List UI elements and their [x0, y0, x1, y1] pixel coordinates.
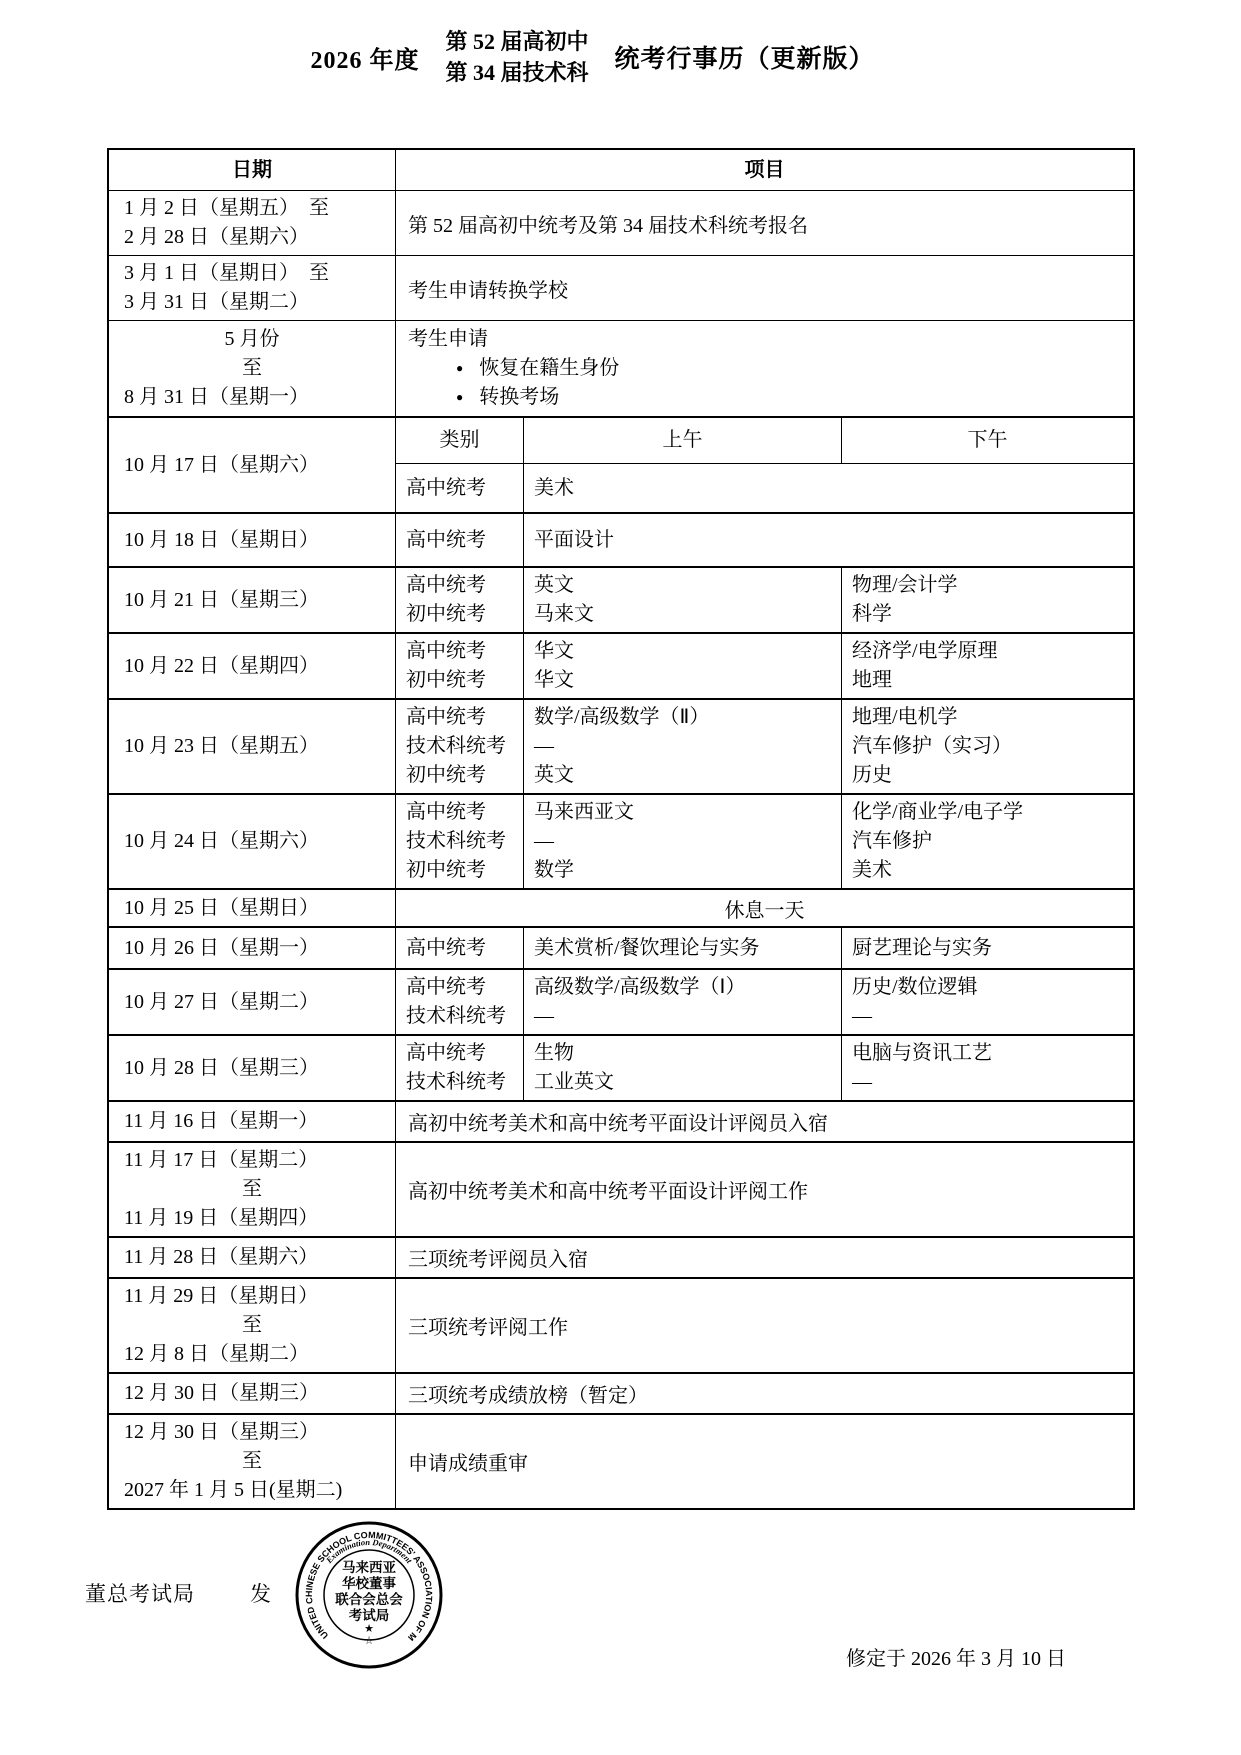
- date-line: 11 月 28 日（星期六）: [109, 1243, 395, 1272]
- date-cell: 10 月 25 日（星期日）: [109, 890, 396, 926]
- project-cell: 高中统考 技术科统考 初中统考 马来西亚文 — 数学 化学/商业学/电子学 汽车…: [396, 795, 1133, 888]
- subject-text: 数学: [534, 856, 841, 885]
- subject-text: 美术赏析/餐饮理论与实务: [534, 934, 841, 963]
- afternoon-cell: 地理/电机学 汽车修护（实习） 历史: [842, 700, 1133, 793]
- title-session-block: 第 52 届高初中 第 34 届技术科: [445, 26, 588, 88]
- date-line: 至: [109, 354, 395, 383]
- project-cell: 高中统考 技术科统考 生物 工业英文 电脑与资讯工艺 —: [396, 1036, 1133, 1100]
- date-cell: 11 月 17 日（星期二） 至 11 月 19 日（星期四）: [109, 1143, 396, 1236]
- subject-text: 华文: [534, 666, 841, 695]
- morning-cell: 华文 华文: [524, 634, 842, 698]
- table-row: 10 月 21 日（星期三） 高中统考 初中统考 英文 马来文 物理/会计学 科…: [109, 566, 1133, 632]
- subject-text: 历史: [852, 761, 1133, 790]
- date-line: 2 月 28 日（星期六）: [109, 223, 395, 252]
- category-cell: 高中统考: [396, 514, 524, 566]
- project-cell: 申请成绩重审: [396, 1415, 1133, 1508]
- morning-cell: 数学/高级数学（Ⅱ） — 英文: [524, 700, 842, 793]
- project-text: 申请成绩重审: [408, 1447, 528, 1476]
- date-line: 至: [109, 1447, 395, 1476]
- project-cell: 高中统考 技术科统考 高级数学/高级数学（Ⅰ） — 历史/数位逻辑 —: [396, 970, 1133, 1034]
- date-line: 8 月 31 日（星期一）: [109, 383, 395, 412]
- subject-text: 英文: [534, 571, 841, 600]
- project-cell: 考生申请 恢复在籍生身份 转换考场: [396, 321, 1133, 416]
- morning-cell: 美术: [524, 464, 1133, 512]
- project-cell: 类别 上午 下午 高中统考 美术: [396, 418, 1133, 512]
- subject-text: 马来西亚文: [534, 798, 841, 827]
- date-cell: 3 月 1 日（星期日） 至 3 月 31 日（星期二）: [109, 256, 396, 320]
- project-text: 三项统考成绩放榜（暂定）: [408, 1379, 648, 1408]
- project-cell: 高初中统考美术和高中统考平面设计评阅工作: [396, 1143, 1133, 1236]
- category-cell: 高中统考 初中统考: [396, 568, 524, 632]
- date-line: 至: [109, 1311, 395, 1340]
- title-session-line1: 第 52 届高初中: [445, 26, 588, 57]
- subject-text: 美术: [534, 474, 1133, 503]
- subject-text: —: [534, 1002, 841, 1031]
- date-cell: 10 月 17 日（星期六）: [109, 418, 396, 512]
- morning-cell: 美术赏析/餐饮理论与实务: [524, 928, 842, 968]
- issue-label: 发: [250, 1582, 272, 1606]
- category-cell: 高中统考: [396, 464, 524, 512]
- category-cell: 高中统考: [396, 928, 524, 968]
- category-text: 初中统考: [406, 600, 523, 629]
- date-line: 10 月 23 日（星期五）: [109, 732, 395, 761]
- category-text: 技术科统考: [406, 1068, 523, 1097]
- project-cell: 考生申请转换学校: [396, 256, 1133, 320]
- subject-text: 地理/电机学: [852, 703, 1133, 732]
- table-row: 10 月 26 日（星期一） 高中统考 美术赏析/餐饮理论与实务 厨艺理论与实务: [109, 926, 1133, 968]
- date-line: 10 月 25 日（星期日）: [109, 894, 395, 923]
- project-text: 考生申请: [408, 325, 1133, 354]
- title-suffix: 统考行事历（更新版）: [615, 39, 875, 75]
- seal-graphic: UNITED CHINESE SCHOOL COMMITTEES' ASSOCI…: [292, 1518, 446, 1672]
- category-text: 技术科统考: [406, 827, 523, 856]
- project-cell: 第 52 届高初中统考及第 34 届技术科统考报名: [396, 191, 1133, 255]
- header-date: 日期: [109, 150, 396, 190]
- exam-subheader-row: 类别 上午 下午: [396, 418, 1133, 464]
- morning-cell: 高级数学/高级数学（Ⅰ） —: [524, 970, 842, 1034]
- date-line: 2027 年 1 月 5 日(星期二): [109, 1476, 395, 1505]
- table-row: 3 月 1 日（星期日） 至 3 月 31 日（星期二） 考生申请转换学校: [109, 255, 1133, 320]
- table-row: 10 月 22 日（星期四） 高中统考 初中统考 华文 华文 经济学/电学原理 …: [109, 632, 1133, 698]
- date-line: 1 月 2 日（星期五） 至: [109, 194, 395, 223]
- date-line: 10 月 21 日（星期三）: [109, 586, 395, 615]
- category-text: 高中统考: [406, 526, 523, 555]
- seal-center-line: 马来西亚: [342, 1559, 396, 1575]
- subject-text: 电脑与资讯工艺: [852, 1039, 1133, 1068]
- project-text: 高初中统考美术和高中统考平面设计评阅工作: [408, 1175, 808, 1204]
- subject-text: 马来文: [534, 600, 841, 629]
- subheader-category: 类别: [396, 418, 524, 463]
- date-cell: 10 月 23 日（星期五）: [109, 700, 396, 793]
- category-text: 高中统考: [406, 934, 523, 963]
- category-cell: 高中统考 技术科统考 初中统考: [396, 795, 524, 888]
- date-cell: 10 月 21 日（星期三）: [109, 568, 396, 632]
- date-line: 11 月 17 日（星期二）: [109, 1146, 395, 1175]
- date-line: 5 月份: [109, 325, 395, 354]
- subject-text: 物理/会计学: [852, 571, 1133, 600]
- table-row: 11 月 17 日（星期二） 至 11 月 19 日（星期四） 高初中统考美术和…: [109, 1141, 1133, 1236]
- seal-star-outline-icon: ☆: [364, 1635, 374, 1647]
- date-line: 12 月 30 日（星期三）: [109, 1379, 395, 1408]
- table-row: 11 月 28 日（星期六） 三项统考评阅员入宿: [109, 1236, 1133, 1277]
- date-cell: 10 月 27 日（星期二）: [109, 970, 396, 1034]
- project-cell: 高中统考 初中统考 华文 华文 经济学/电学原理 地理: [396, 634, 1133, 698]
- project-text: 三项统考评阅员入宿: [408, 1243, 588, 1272]
- examination-department-seal: UNITED CHINESE SCHOOL COMMITTEES' ASSOCI…: [292, 1518, 446, 1672]
- document-title: 2026 年度 第 52 届高初中 第 34 届技术科 统考行事历（更新版）: [0, 26, 1213, 88]
- date-line: 至: [109, 1175, 395, 1204]
- title-year: 2026 年度: [310, 40, 419, 75]
- date-cell: 12 月 30 日（星期三） 至 2027 年 1 月 5 日(星期二): [109, 1415, 396, 1508]
- subject-text: 汽车修护（实习）: [852, 732, 1133, 761]
- calendar-table: 日期 项目 1 月 2 日（星期五） 至 2 月 28 日（星期六） 第 52 …: [107, 148, 1135, 1510]
- date-line: 10 月 17 日（星期六）: [109, 451, 395, 480]
- category-text: 高中统考: [406, 637, 523, 666]
- seal-center-line: 华校董事: [342, 1575, 396, 1591]
- bullet-item: 恢复在籍生身份: [408, 354, 1133, 383]
- category-cell: 高中统考 技术科统考: [396, 970, 524, 1034]
- afternoon-cell: 化学/商业学/电子学 汽车修护 美术: [842, 795, 1133, 888]
- table-row: 10 月 24 日（星期六） 高中统考 技术科统考 初中统考 马来西亚文 — 数…: [109, 793, 1133, 888]
- project-cell: 高中统考 技术科统考 初中统考 数学/高级数学（Ⅱ） — 英文 地理/电机学 汽…: [396, 700, 1133, 793]
- category-text: 技术科统考: [406, 1002, 523, 1031]
- table-row: 10 月 27 日（星期二） 高中统考 技术科统考 高级数学/高级数学（Ⅰ） —…: [109, 968, 1133, 1034]
- date-cell: 10 月 28 日（星期三）: [109, 1036, 396, 1100]
- category-text: 初中统考: [406, 666, 523, 695]
- seal-center-line: 联合会总会: [335, 1591, 403, 1607]
- project-cell: 休息一天: [396, 890, 1133, 926]
- category-text: 高中统考: [406, 474, 523, 503]
- category-text: 技术科统考: [406, 732, 523, 761]
- title-session-line2: 第 34 届技术科: [445, 57, 588, 88]
- project-text: 高初中统考美术和高中统考平面设计评阅员入宿: [408, 1107, 828, 1136]
- date-cell: 10 月 22 日（星期四）: [109, 634, 396, 698]
- header-project: 项目: [396, 150, 1133, 190]
- table-row: 12 月 30 日（星期三） 至 2027 年 1 月 5 日(星期二) 申请成…: [109, 1413, 1133, 1508]
- category-text: 高中统考: [406, 798, 523, 827]
- date-line: 12 月 30 日（星期三）: [109, 1418, 395, 1447]
- subject-text: 高级数学/高级数学（Ⅰ）: [534, 973, 841, 1002]
- morning-cell: 马来西亚文 — 数学: [524, 795, 842, 888]
- subject-text: 厨艺理论与实务: [852, 934, 1133, 963]
- date-line: 10 月 27 日（星期二）: [109, 988, 395, 1017]
- date-line: 10 月 26 日（星期一）: [109, 934, 395, 963]
- afternoon-cell: 厨艺理论与实务: [842, 928, 1133, 968]
- afternoon-cell: 电脑与资讯工艺 —: [842, 1036, 1133, 1100]
- bullet-item: 转换考场: [408, 383, 1133, 412]
- table-row: 10 月 28 日（星期三） 高中统考 技术科统考 生物 工业英文 电脑与资讯工…: [109, 1034, 1133, 1100]
- subject-text: 地理: [852, 666, 1133, 695]
- morning-cell: 生物 工业英文: [524, 1036, 842, 1100]
- table-row: 10 月 23 日（星期五） 高中统考 技术科统考 初中统考 数学/高级数学（Ⅱ…: [109, 698, 1133, 793]
- subject-text: 科学: [852, 600, 1133, 629]
- category-text: 高中统考: [406, 1039, 523, 1068]
- category-cell: 高中统考 技术科统考: [396, 1036, 524, 1100]
- project-cell: 高初中统考美术和高中统考平面设计评阅员入宿: [396, 1102, 1133, 1141]
- subject-text: —: [534, 732, 841, 761]
- subject-text: —: [852, 1068, 1133, 1097]
- category-text: 高中统考: [406, 703, 523, 732]
- category-cell: 高中统考 技术科统考 初中统考: [396, 700, 524, 793]
- date-line: 3 月 1 日（星期日） 至: [109, 259, 395, 288]
- subject-text: —: [852, 1002, 1133, 1031]
- date-cell: 10 月 24 日（星期六）: [109, 795, 396, 888]
- morning-cell: 英文 马来文: [524, 568, 842, 632]
- category-cell: 高中统考 初中统考: [396, 634, 524, 698]
- subject-text: 平面设计: [534, 526, 1133, 555]
- project-cell: 三项统考评阅员入宿: [396, 1238, 1133, 1277]
- subject-text: 生物: [534, 1039, 841, 1068]
- date-line: 10 月 18 日（星期日）: [109, 526, 395, 555]
- date-line: 10 月 24 日（星期六）: [109, 827, 395, 856]
- project-cell: 三项统考成绩放榜（暂定）: [396, 1374, 1133, 1413]
- table-row: 11 月 29 日（星期日） 至 12 月 8 日（星期二） 三项统考评阅工作: [109, 1277, 1133, 1372]
- subheader-afternoon: 下午: [842, 418, 1133, 463]
- afternoon-cell: 物理/会计学 科学: [842, 568, 1133, 632]
- date-line: 12 月 8 日（星期二）: [109, 1340, 395, 1369]
- date-cell: 5 月份 至 8 月 31 日（星期一）: [109, 321, 396, 416]
- date-cell: 11 月 16 日（星期一）: [109, 1102, 396, 1141]
- date-line: 11 月 16 日（星期一）: [109, 1107, 395, 1136]
- project-text: 考生申请转换学校: [408, 274, 568, 303]
- date-line: 11 月 29 日（星期日）: [109, 1282, 395, 1311]
- project-cell: 高中统考 美术赏析/餐饮理论与实务 厨艺理论与实务: [396, 928, 1133, 968]
- category-text: 初中统考: [406, 856, 523, 885]
- category-text: 初中统考: [406, 761, 523, 790]
- project-text: 第 52 届高初中统考及第 34 届技术科统考报名: [408, 209, 808, 238]
- table-row: 10 月 25 日（星期日） 休息一天: [109, 888, 1133, 926]
- project-text: 三项统考评阅工作: [408, 1311, 568, 1340]
- table-row: 12 月 30 日（星期三） 三项统考成绩放榜（暂定）: [109, 1372, 1133, 1413]
- date-cell: 11 月 29 日（星期日） 至 12 月 8 日（星期二）: [109, 1279, 396, 1372]
- issuer-line: 董总考试局发: [85, 1578, 272, 1608]
- subject-text: 经济学/电学原理: [852, 637, 1133, 666]
- seal-star-filled-icon: ★: [364, 1623, 374, 1635]
- table-row: 5 月份 至 8 月 31 日（星期一） 考生申请 恢复在籍生身份 转换考场: [109, 320, 1133, 416]
- revision-date: 修定于 2026 年 3 月 10 日: [846, 1642, 1066, 1671]
- subject-text: 华文: [534, 637, 841, 666]
- exam-content-row: 高中统考 美术: [396, 464, 1133, 512]
- project-cell: 高中统考 初中统考 英文 马来文 物理/会计学 科学: [396, 568, 1133, 632]
- date-line: 10 月 28 日（星期三）: [109, 1054, 395, 1083]
- afternoon-cell: 经济学/电学原理 地理: [842, 634, 1133, 698]
- subject-text: 历史/数位逻辑: [852, 973, 1133, 1002]
- date-line: 3 月 31 日（星期二）: [109, 288, 395, 317]
- table-header-row: 日期 项目: [109, 150, 1133, 190]
- date-cell: 12 月 30 日（星期三）: [109, 1374, 396, 1413]
- subject-text: 美术: [852, 856, 1133, 885]
- project-text: 休息一天: [725, 894, 805, 923]
- subject-text: 工业英文: [534, 1068, 841, 1097]
- subject-text: 汽车修护: [852, 827, 1133, 856]
- category-text: 高中统考: [406, 571, 523, 600]
- table-row: 1 月 2 日（星期五） 至 2 月 28 日（星期六） 第 52 届高初中统考…: [109, 190, 1133, 255]
- table-row: 11 月 16 日（星期一） 高初中统考美术和高中统考平面设计评阅员入宿: [109, 1100, 1133, 1141]
- table-row: 10 月 17 日（星期六） 类别 上午 下午 高中统考 美术: [109, 416, 1133, 512]
- afternoon-cell: 历史/数位逻辑 —: [842, 970, 1133, 1034]
- date-cell: 1 月 2 日（星期五） 至 2 月 28 日（星期六）: [109, 191, 396, 255]
- date-line: 11 月 19 日（星期四）: [109, 1204, 395, 1233]
- issuer-name: 董总考试局: [85, 1582, 195, 1606]
- project-cell: 高中统考 平面设计: [396, 514, 1133, 566]
- document-page: 2026 年度 第 52 届高初中 第 34 届技术科 统考行事历（更新版） 日…: [0, 0, 1241, 1755]
- date-line: 10 月 22 日（星期四）: [109, 652, 395, 681]
- date-cell: 10 月 18 日（星期日）: [109, 514, 396, 566]
- morning-cell: 平面设计: [524, 514, 1133, 566]
- subject-text: 化学/商业学/电子学: [852, 798, 1133, 827]
- category-text: 高中统考: [406, 973, 523, 1002]
- project-cell: 三项统考评阅工作: [396, 1279, 1133, 1372]
- subheader-morning: 上午: [524, 418, 842, 463]
- subject-text: —: [534, 827, 841, 856]
- seal-center-line: 考试局: [349, 1607, 390, 1623]
- subject-text: 英文: [534, 761, 841, 790]
- subject-text: 数学/高级数学（Ⅱ）: [534, 703, 841, 732]
- date-cell: 11 月 28 日（星期六）: [109, 1238, 396, 1277]
- date-cell: 10 月 26 日（星期一）: [109, 928, 396, 968]
- table-row: 10 月 18 日（星期日） 高中统考 平面设计: [109, 512, 1133, 566]
